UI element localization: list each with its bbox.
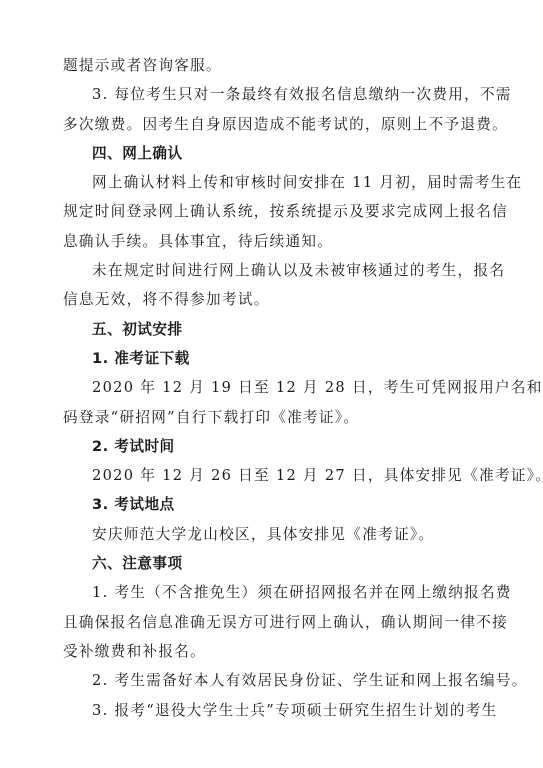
subheading-admission-ticket: 1. 准考证下载 bbox=[63, 346, 463, 375]
document-page: 题提示或者咨询客服。 3. 每位考生只对一条最终有效报名信息缴纳一次费用，不需 … bbox=[63, 53, 463, 727]
paragraph-line-13: 码登录“研招网”自行下载打印《准考证》。 bbox=[63, 405, 463, 434]
subheading-exam-time: 2. 考试时间 bbox=[63, 434, 463, 463]
paragraph-line-20: 且确保报名信息准确无误方可进行网上确认，确认期间一律不接 bbox=[63, 610, 463, 639]
paragraph-line-21: 受补缴费和补报名。 bbox=[63, 639, 463, 668]
paragraph-line-12: 2020 年 12 月 19 日至 12 月 28 日，考生可凭网报用户名和密 bbox=[63, 375, 463, 404]
paragraph-line-6: 规定时间登录网上确认系统，按系统提示及要求完成网上报名信 bbox=[63, 199, 463, 228]
subheading-exam-location: 3. 考试地点 bbox=[63, 492, 463, 521]
section-heading-online-confirmation: 四、网上确认 bbox=[63, 141, 463, 170]
paragraph-line-5: 网上确认材料上传和审核时间安排在 11 月初，届时需考生在 bbox=[63, 170, 463, 199]
section-heading-preliminary-exam: 五、初试安排 bbox=[63, 317, 463, 346]
paragraph-line-15: 2020 年 12 月 26 日至 12 月 27 日，具体安排见《准考证》。 bbox=[63, 463, 463, 492]
paragraph-line-1: 题提示或者咨询客服。 bbox=[63, 53, 463, 82]
paragraph-line-22: 2. 考生需备好本人有效居民身份证、学生证和网上报名编号。 bbox=[63, 668, 463, 697]
section-heading-notes: 六、注意事项 bbox=[63, 551, 463, 580]
paragraph-line-8: 未在规定时间进行网上确认以及未被审核通过的考生，报名 bbox=[63, 258, 463, 287]
paragraph-line-9: 信息无效，将不得参加考试。 bbox=[63, 287, 463, 316]
paragraph-line-17: 安庆师范大学龙山校区，具体安排见《准考证》。 bbox=[63, 522, 463, 551]
paragraph-line-3: 多次缴费。因考生自身原因造成不能考试的，原则上不予退费。 bbox=[63, 112, 463, 141]
paragraph-line-2: 3. 每位考生只对一条最终有效报名信息缴纳一次费用，不需 bbox=[63, 82, 463, 111]
paragraph-line-23: 3. 报考“退役大学生士兵”专项硕士研究生招生计划的考生 bbox=[63, 698, 463, 727]
paragraph-line-7: 息确认手续。具体事宜，待后续通知。 bbox=[63, 229, 463, 258]
paragraph-line-19: 1. 考生（不含推免生）须在研招网报名并在网上缴纳报名费 bbox=[63, 580, 463, 609]
